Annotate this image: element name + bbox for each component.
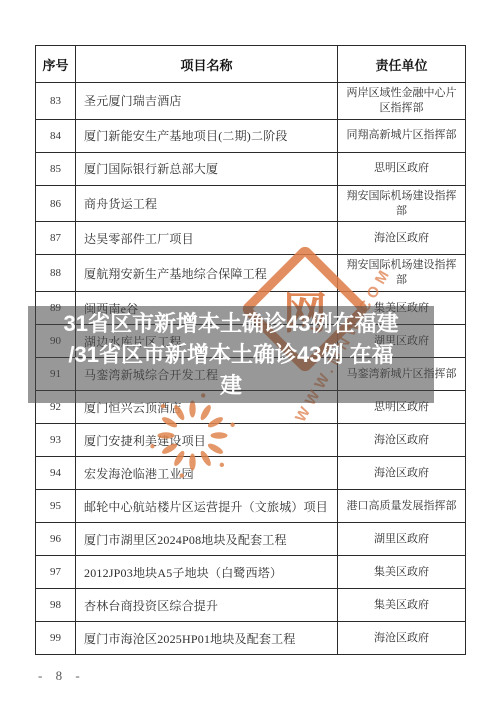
- table-row: 94 宏发海沧临港工业园 海沧区政府: [36, 457, 466, 490]
- table-row: 86 商舟货运工程 翔安国际机场建设指挥部: [36, 185, 466, 222]
- page-number: - 8 -: [38, 668, 85, 684]
- cell-unit: 集美区政府: [338, 589, 466, 622]
- headline-line: 31省区市新增本土确诊43例在福建: [64, 308, 399, 339]
- cell-num: 86: [36, 185, 76, 222]
- cell-unit: 海沧区政府: [338, 622, 466, 655]
- cell-num: 83: [36, 83, 76, 120]
- headline-overlay: 31省区市新增本土确诊43例在福建 /31省区市新增本土确诊43例 在福 建: [28, 306, 434, 403]
- table-header-row: 序号 项目名称 责任单位: [36, 46, 466, 83]
- headline-line: 建: [220, 370, 242, 401]
- cell-unit: 思明区政府: [338, 152, 466, 185]
- cell-unit: 集美区政府: [338, 556, 466, 589]
- table-row: 87 达昊零部件工厂项目 海沧区政府: [36, 222, 466, 255]
- table-row: 97 2012JP03地块A5子地块（白鹭西塔） 集美区政府: [36, 556, 466, 589]
- table-row: 99 厦门市海沧区2025HP01地块及配套工程 海沧区政府: [36, 622, 466, 655]
- headline-line: /31省区市新增本土确诊43例 在福: [68, 339, 393, 370]
- cell-unit: 海沧区政府: [338, 222, 466, 255]
- cell-unit: 湖里区政府: [338, 523, 466, 556]
- cell-project: 厦门国际银行新总部大厦: [76, 152, 338, 185]
- table-row: 83 圣元厦门瑞吉酒店 两岸区域性金融中心片区指挥部: [36, 83, 466, 120]
- cell-unit: 海沧区政府: [338, 457, 466, 490]
- cell-unit: 海沧区政府: [338, 424, 466, 457]
- cell-num: 95: [36, 490, 76, 523]
- cell-num: 85: [36, 152, 76, 185]
- cell-project: 邮轮中心航站楼片区运营提升（文旅城）项目: [76, 490, 338, 523]
- cell-project: 厦门市海沧区2025HP01地块及配套工程: [76, 622, 338, 655]
- cell-project: 厦门新能安生产基地项目(二期)二阶段: [76, 119, 338, 152]
- cell-num: 88: [36, 255, 76, 292]
- table-row: 95 邮轮中心航站楼片区运营提升（文旅城）项目 港口高质量发展指挥部: [36, 490, 466, 523]
- header-unit: 责任单位: [338, 46, 466, 83]
- cell-unit: 两岸区域性金融中心片区指挥部: [338, 83, 466, 120]
- cell-project: 2012JP03地块A5子地块（白鹭西塔）: [76, 556, 338, 589]
- cell-num: 99: [36, 622, 76, 655]
- table-row: 88 厦航翔安新生产基地综合保障工程 翔安国际机场建设指挥部: [36, 255, 466, 292]
- cell-num: 87: [36, 222, 76, 255]
- cell-num: 84: [36, 119, 76, 152]
- cell-project: 商舟货运工程: [76, 185, 338, 222]
- cell-unit: 同翔高新城片区指挥部: [338, 119, 466, 152]
- table-row: 98 杏林台商投资区综合提升 集美区政府: [36, 589, 466, 622]
- cell-num: 96: [36, 523, 76, 556]
- cell-num: 97: [36, 556, 76, 589]
- header-num: 序号: [36, 46, 76, 83]
- cell-unit: 翔安国际机场建设指挥部: [338, 255, 466, 292]
- cell-num: 93: [36, 424, 76, 457]
- header-project: 项目名称: [76, 46, 338, 83]
- cell-project: 厦门市湖里区2024P08地块及配套工程: [76, 523, 338, 556]
- table-row: 85 厦门国际银行新总部大厦 思明区政府: [36, 152, 466, 185]
- cell-unit: 港口高质量发展指挥部: [338, 490, 466, 523]
- table-row: 84 厦门新能安生产基地项目(二期)二阶段 同翔高新城片区指挥部: [36, 119, 466, 152]
- cell-project: 圣元厦门瑞吉酒店: [76, 83, 338, 120]
- table-row: 96 厦门市湖里区2024P08地块及配套工程 湖里区政府: [36, 523, 466, 556]
- cell-num: 98: [36, 589, 76, 622]
- cell-unit: 翔安国际机场建设指挥部: [338, 185, 466, 222]
- cell-project: 杏林台商投资区综合提升: [76, 589, 338, 622]
- table-row: 93 厦门安捷利美建设项目 海沧区政府: [36, 424, 466, 457]
- cell-num: 94: [36, 457, 76, 490]
